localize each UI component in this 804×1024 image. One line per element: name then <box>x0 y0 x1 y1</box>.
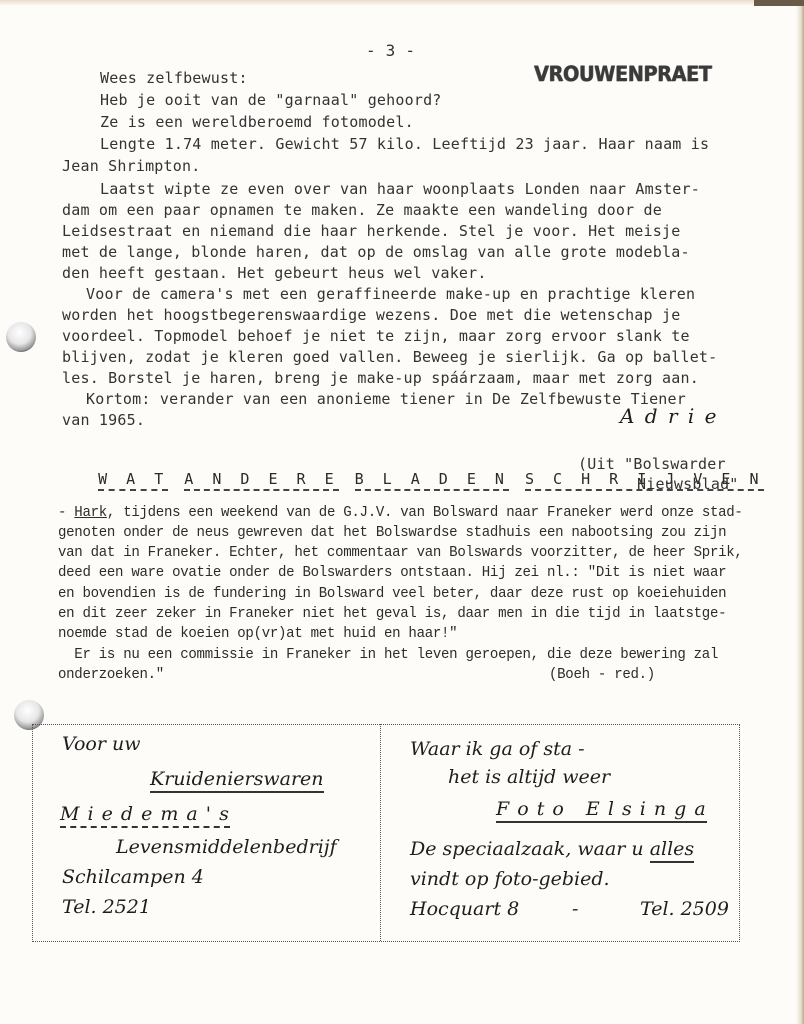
ad-line: F o t o E l s i n g a <box>496 798 707 820</box>
article-line: noemde stad de koeien op(vr)at met huid … <box>58 624 457 645</box>
ad-line: De speciaalzaak, waar u alles <box>410 838 694 860</box>
ad-address: Schilcampen 4 <box>62 866 204 888</box>
ad-business-name: M i e d e m a ' s <box>60 803 230 828</box>
article-line: den heeft gestaan. Het gebeurt heus wel … <box>62 264 487 283</box>
punch-hole-icon <box>6 322 36 352</box>
article-line: met de lange, blonde haren, dat op de om… <box>62 243 690 262</box>
page-edge-right <box>796 0 804 1024</box>
lead-rest: , tijdens een weekend van de G.J.V. van … <box>107 505 743 521</box>
ad-line: M i e d e m a ' s <box>60 803 230 825</box>
ad-line: vindt op foto-gebied. <box>410 868 610 890</box>
source-attribution: Nieuwsblad" <box>637 475 739 494</box>
article-line: Ze is een wereldberoemd fotomodel. <box>100 113 414 132</box>
ad-separator: - <box>572 898 578 920</box>
ad-line: Kruidenierswaren <box>150 768 324 790</box>
article-line: blijven, zodat je kleren goed vallen. Be… <box>62 348 717 367</box>
article-line: Kortom: verander van een anonieme tiener… <box>86 390 686 409</box>
article-line: Laatst wipte ze even over van haar woonp… <box>100 180 700 199</box>
page-corner-shadow <box>754 0 804 6</box>
heading-word: B L A D E N <box>355 470 509 491</box>
article-line: dam om een paar opnamen te maken. Ze maa… <box>62 201 662 220</box>
article-line: Voor de camera's met een geraffineerde m… <box>86 285 695 304</box>
page-number: - 3 - <box>366 41 415 60</box>
article-line: Jean Shrimpton. <box>62 157 200 176</box>
source-attribution: (Uit "Bolswarder <box>578 455 726 474</box>
article-line: Heb je ooit van de "garnaal" gehoord? <box>100 91 442 110</box>
article-credit: (Boeh - red.) <box>549 665 655 686</box>
article-line: en dit zeer zeker in Franeker niet het g… <box>58 604 726 625</box>
ad-text: De speciaalzaak, waar u <box>410 838 650 860</box>
lead-name: Hark <box>74 505 107 521</box>
article-line: worden het hoogstbegerenswaardige wezens… <box>62 306 680 325</box>
page-edge-top <box>0 0 804 6</box>
heading-word: W A T <box>98 470 168 491</box>
article-line: van 1965. <box>62 411 145 430</box>
section-stamp: VROUWENPRAET <box>534 62 711 86</box>
ad-phone: Tel. 2521 <box>62 896 151 918</box>
heading-word: A N D E R E <box>184 470 338 491</box>
article-line: deed een ware ovatie onder de Bolswarder… <box>58 563 726 584</box>
ad-phone: Tel. 2509 <box>640 898 729 920</box>
ad-product: Kruidenierswaren <box>150 768 324 793</box>
ad-line: Voor uw <box>62 733 140 755</box>
advertisement-divider <box>380 724 381 941</box>
article-line: les. Borstel je haren, breng je make-up … <box>62 369 699 388</box>
article-line: en bovendien is de fundering in Bolsward… <box>58 584 726 605</box>
article-line: Leidsestraat en niemand die haar herkend… <box>62 222 680 241</box>
ad-business-name: F o t o E l s i n g a <box>496 798 707 823</box>
ad-line: het is altijd weer <box>448 766 610 788</box>
article-signature: A d r i e <box>620 404 718 428</box>
ad-address: Hocquart 8 <box>410 898 519 920</box>
article-line: - Hark, tijdens een weekend van de G.J.V… <box>58 503 743 524</box>
article-line: genoten onder de neus gewreven dat het B… <box>58 523 726 544</box>
article-line: onderzoeken." <box>58 665 164 686</box>
article-line: van dat in Franeker. Echter, het comment… <box>58 543 743 564</box>
ad-line: Waar ik ga of sta - <box>410 738 585 760</box>
article-line: Er is nu een commissie in Franeker in he… <box>58 645 718 666</box>
ad-emphasis: alles <box>650 838 694 863</box>
lead-dash: - <box>58 505 74 521</box>
article-line: voordeel. Topmodel behoef je niet te zij… <box>62 327 690 346</box>
article-line: Wees zelfbewust: <box>100 69 248 88</box>
article-line: Lengte 1.74 meter. Gewicht 57 kilo. Leef… <box>100 135 709 154</box>
ad-line: Levensmiddelenbedrijf <box>116 836 337 858</box>
